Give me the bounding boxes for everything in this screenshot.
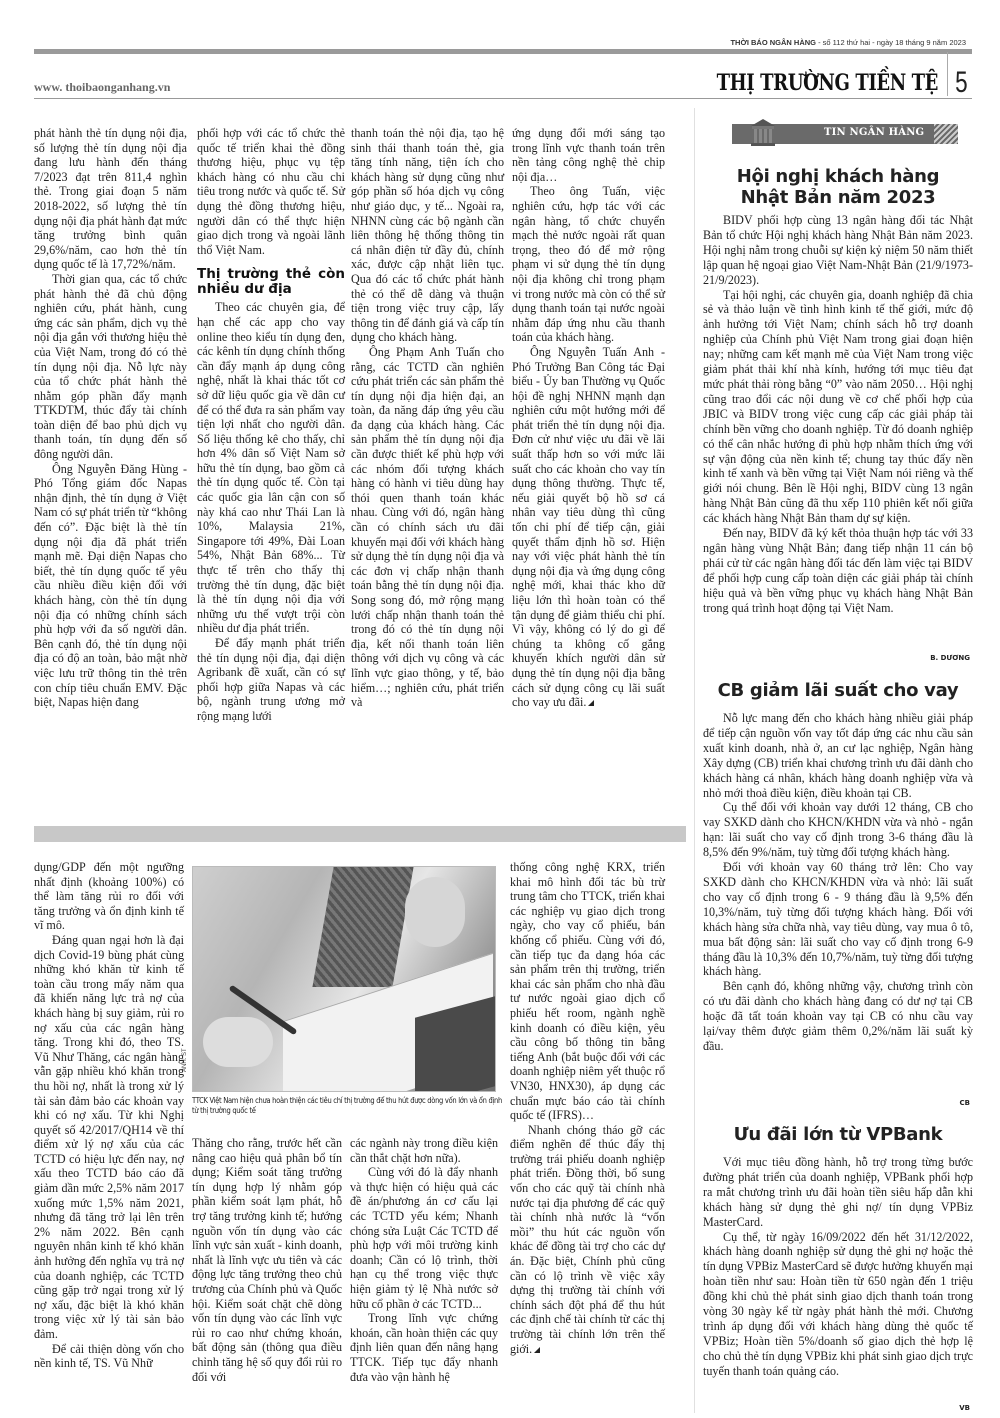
- paragraph: thống công nghệ KRX, triển khai mô hình …: [510, 860, 665, 1123]
- subheading: Thị trường thẻ còn nhiều dư địa: [197, 267, 345, 297]
- paragraph: Trong lĩnh vực chứng khoán, cần hoàn thi…: [350, 1311, 498, 1384]
- bottom-column-2: Thăng cho rằng, trước hết cần nâng cao h…: [192, 1136, 342, 1384]
- news-body-3: Với mục tiêu đồng hành, hỗ trợ trong từn…: [703, 1155, 973, 1379]
- article-column-3: thanh toán thẻ nội địa, tạo hệ sinh thái…: [351, 126, 504, 710]
- paragraph: Đối với khoản vay 60 tháng trở lên: Cho …: [703, 860, 973, 979]
- news-title-3: Ưu đãi lớn từ VPBank: [703, 1124, 973, 1145]
- bottom-column-4: thống công nghệ KRX, triển khai mô hình …: [510, 860, 665, 1356]
- bottom-column-1: dụng/GDP đến một ngưỡng nhất định (khoản…: [34, 860, 184, 1371]
- byline: B. DƯƠNG: [930, 654, 970, 662]
- byline: VB: [959, 1404, 970, 1412]
- paragraph: BIDV phối hợp cùng 13 ngân hàng đối tác …: [703, 213, 973, 288]
- paragraph: Nỗ lực mang đến cho khách hàng nhiều giả…: [703, 711, 973, 800]
- paragraph: Để cải thiện dòng vốn cho nền kinh tế, T…: [34, 1342, 184, 1371]
- paragraph: Ông Nguyễn Đăng Hùng - Phó Tổng giám đốc…: [34, 462, 187, 710]
- photo-credit: ẢNH: ST: [182, 1048, 188, 1072]
- issue-info: - số 112 thứ hai - ngày 18 tháng 9 năm 2…: [816, 38, 966, 47]
- paragraph: Cụ thể, từ ngày 16/09/2022 đến hết 31/12…: [703, 1230, 973, 1379]
- byline: CB: [960, 1099, 970, 1107]
- paragraph: Nhanh chóng tháo gỡ các điểm nghẽn để th…: [510, 1123, 665, 1357]
- paragraph: phối hợp với các tổ chức thẻ quốc tế tri…: [197, 126, 345, 257]
- paragraph: Để đẩy mạnh phát triển thẻ tín dụng nội …: [197, 636, 345, 724]
- paragraph: Thời gian qua, các tổ chức phát hành thẻ…: [34, 272, 187, 462]
- paragraph: Đến nay, BIDV đã ký kết thỏa thuận hợp t…: [703, 526, 973, 615]
- section-title: THỊ TRƯỜNG TIỀN TỆ: [717, 70, 938, 96]
- bank-building-icon: [748, 117, 778, 147]
- paragraph: Theo ông Tuấn, việc nghiên cứu, hợp tác …: [512, 184, 665, 345]
- paragraph: Với mục tiêu đồng hành, hỗ trợ trong từn…: [703, 1155, 973, 1230]
- sidebar-divider: [694, 108, 695, 1413]
- article-column-1: phát hành thẻ tín dụng nội địa, số lượng…: [34, 126, 187, 710]
- news-title-1: Hội nghị khách hàng Nhật Bản năm 2023: [703, 166, 973, 208]
- news-body-2: Nỗ lực mang đến cho khách hàng nhiều giả…: [703, 711, 973, 1054]
- article-photo: [192, 866, 496, 1092]
- news-body-1: BIDV phối hợp cùng 13 ngân hàng đối tác …: [703, 213, 973, 615]
- paragraph: ứng dụng đổi mới sáng tạo trong lĩnh vực…: [512, 126, 665, 184]
- issue-dateline: THỜI BÁO NGÂN HÀNG - số 112 thứ hai - ng…: [34, 38, 966, 47]
- header-rule: [34, 98, 972, 99]
- publication-name: THỜI BÁO NGÂN HÀNG: [730, 38, 816, 47]
- article-column-4: ứng dụng đổi mới sáng tạo trong lĩnh vực…: [512, 126, 665, 710]
- article-column-2: phối hợp với các tổ chức thẻ quốc tế tri…: [197, 126, 345, 724]
- paragraph: Tại hội nghị, các chuyên gia, doanh nghi…: [703, 288, 973, 527]
- end-mark-icon: [588, 700, 594, 706]
- website-link[interactable]: www. thoibaonganhang.vn: [34, 80, 170, 95]
- photo-caption: TTCK Việt Nam hiện chưa hoàn thiện các t…: [192, 1096, 502, 1116]
- top-rule: [34, 49, 972, 54]
- section-divider-band: [34, 826, 686, 842]
- paragraph: phát hành thẻ tín dụng nội địa, số lượng…: [34, 126, 187, 272]
- banner-label: TIN NGÂN HÀNG: [824, 127, 924, 138]
- bottom-column-3: các ngành này trong điều kiện cần thắt c…: [350, 1136, 498, 1384]
- paragraph: Thăng cho rằng, trước hết cần nâng cao h…: [192, 1136, 342, 1384]
- paragraph: dụng/GDP đến một ngưỡng nhất định (khoản…: [34, 860, 184, 933]
- paragraph: Theo các chuyên gia, để hạn chế các app …: [197, 300, 345, 636]
- page-number: 5: [955, 66, 968, 100]
- paragraph-text: Nhanh chóng tháo gỡ các điểm nghẽn để th…: [510, 1123, 665, 1356]
- paragraph: Bên cạnh đó, không những vậy, chương trì…: [703, 979, 973, 1054]
- paragraph: Ông Phạm Anh Tuấn cho rằng, các TCTD cần…: [351, 345, 504, 710]
- end-mark-icon: [534, 1347, 540, 1353]
- banner-pattern: [934, 124, 958, 144]
- divider: [947, 52, 948, 96]
- paragraph: thanh toán thẻ nội địa, tạo hệ sinh thái…: [351, 126, 504, 345]
- paragraph: Cụ thể đối với khoản vay dưới 12 tháng, …: [703, 800, 973, 860]
- news-title-2: CB giảm lãi suất cho vay: [703, 680, 973, 701]
- paragraph-text: Ông Nguyễn Tuấn Anh - Phó Trưởng Ban Côn…: [512, 345, 665, 709]
- paragraph: Ông Nguyễn Tuấn Anh - Phó Trưởng Ban Côn…: [512, 345, 665, 710]
- paragraph: Đáng quan ngại hơn là đại dịch Covid-19 …: [34, 933, 184, 1342]
- paragraph: các ngành này trong điều kiện cần thắt c…: [350, 1136, 498, 1165]
- paragraph: Cùng với đó là đẩy nhanh và thực hiện có…: [350, 1165, 498, 1311]
